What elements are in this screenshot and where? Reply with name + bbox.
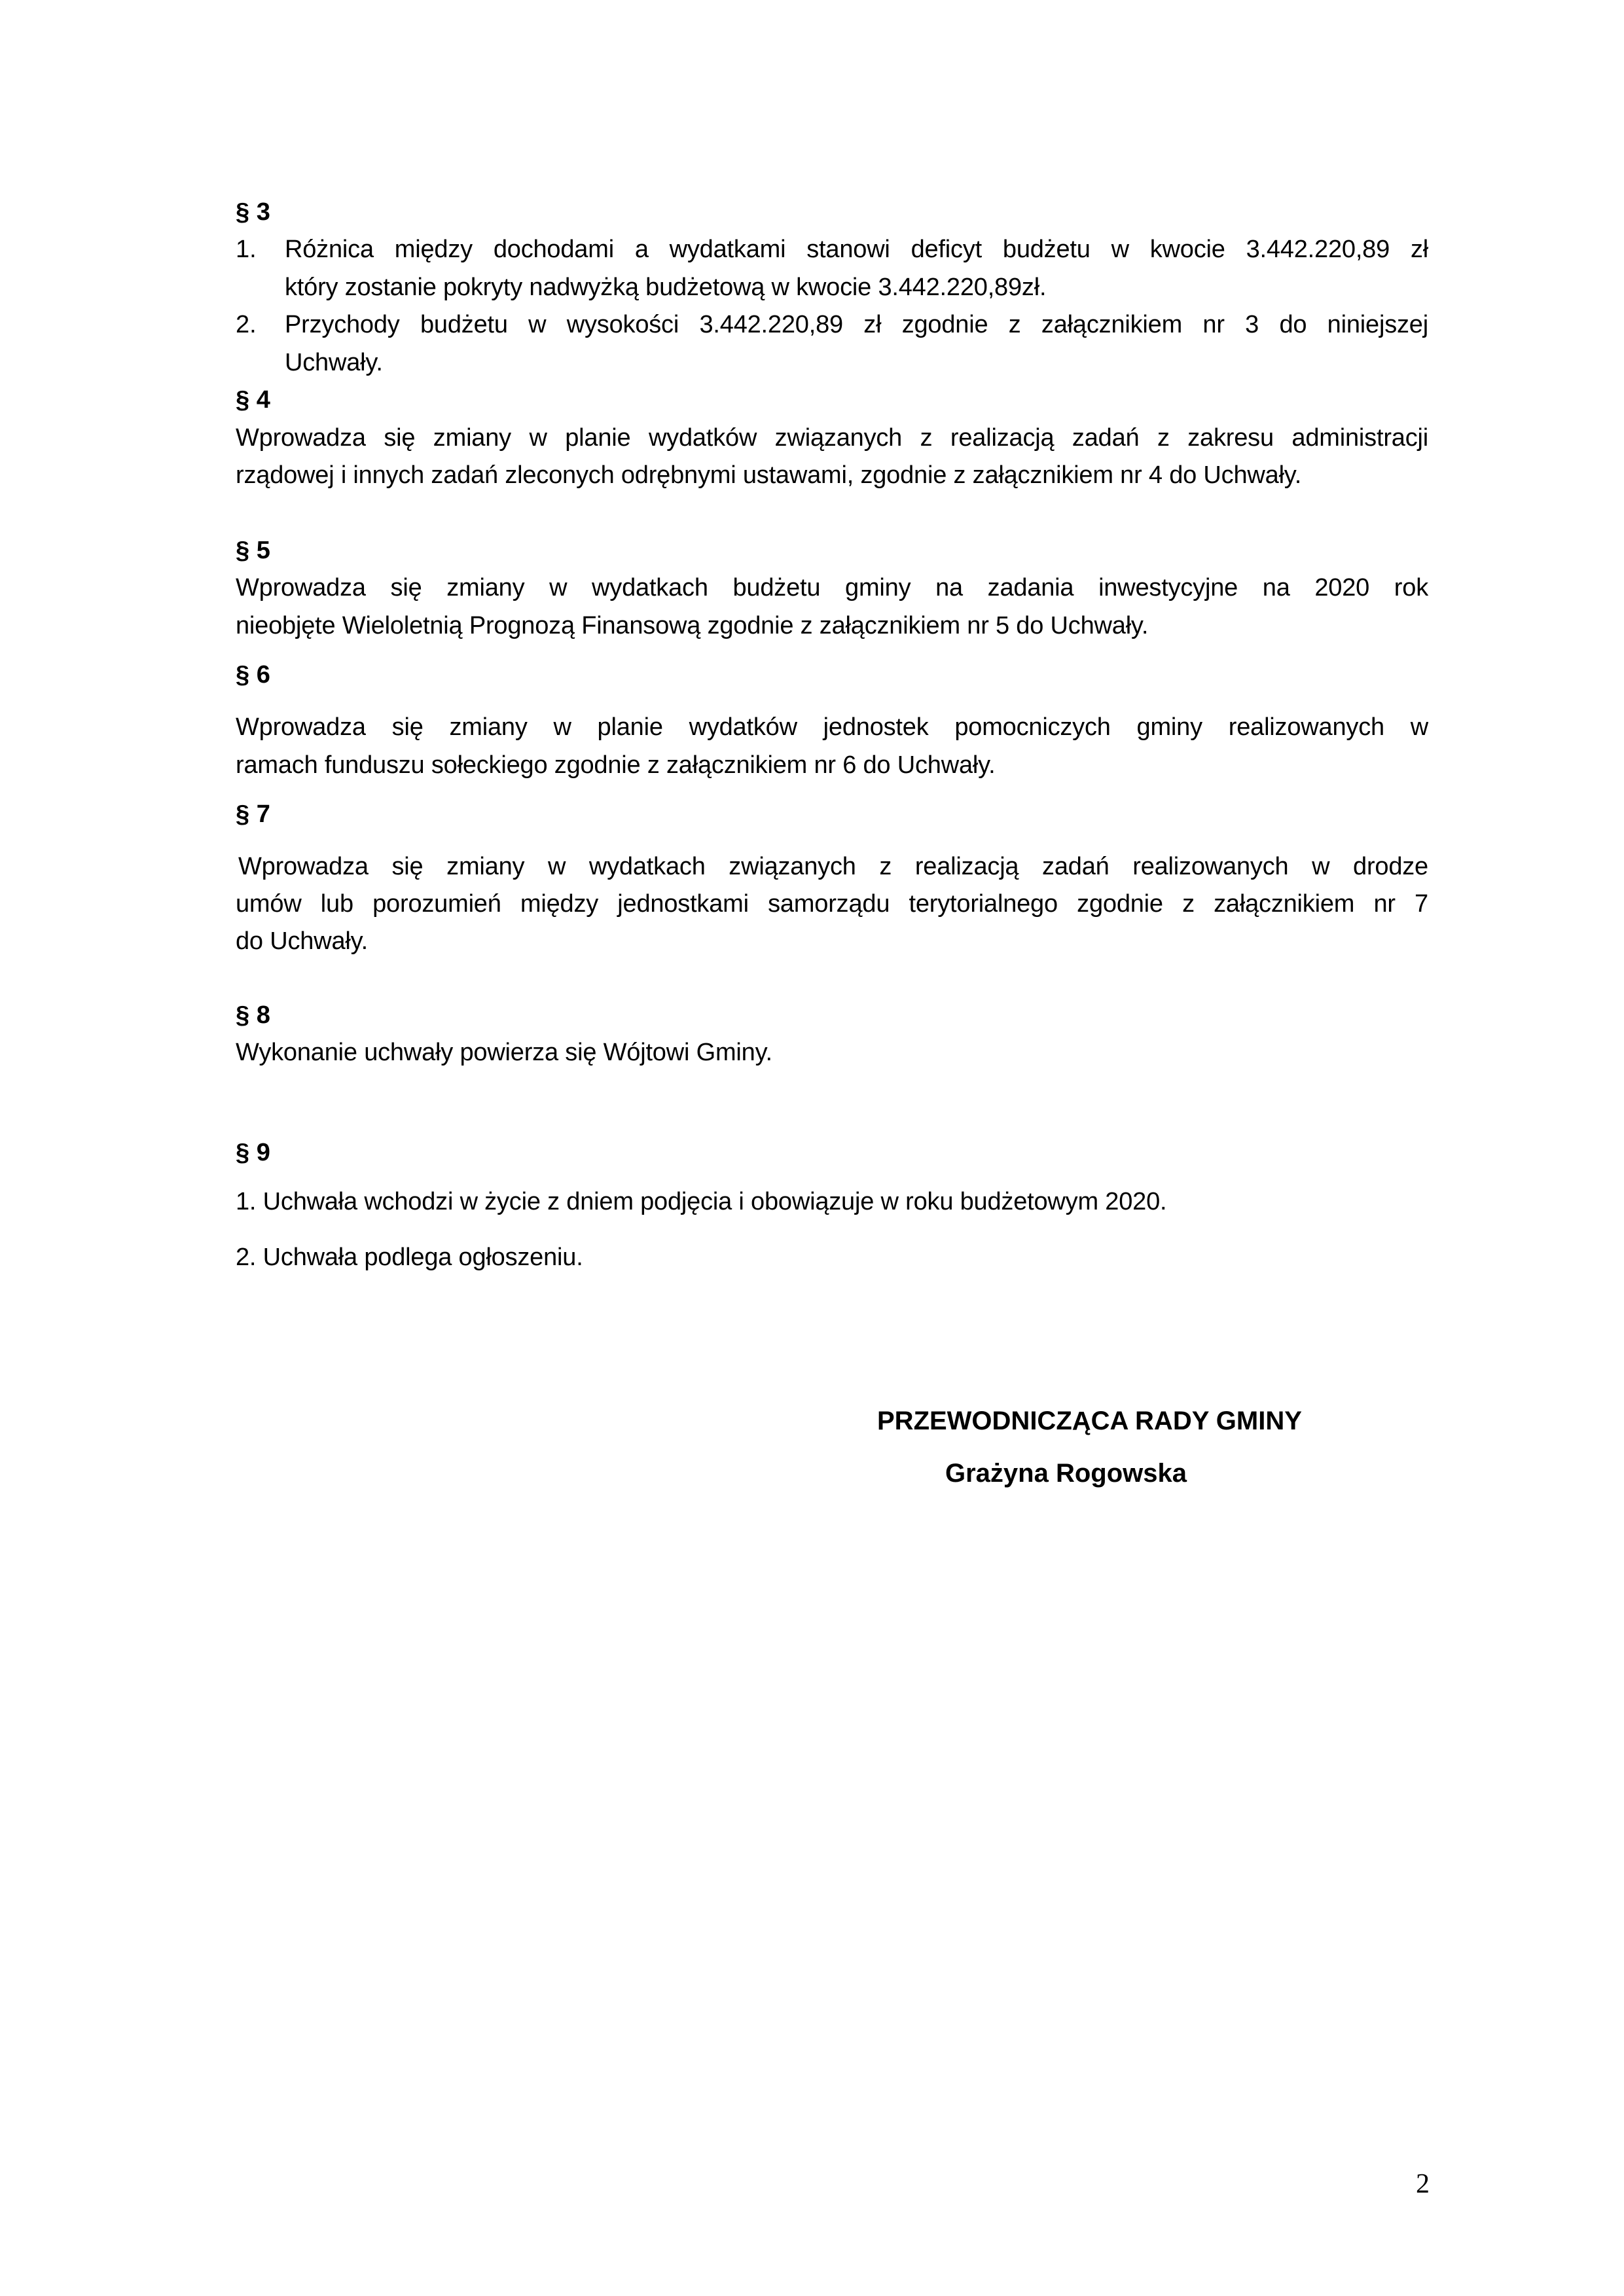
list-item: 2. Uchwała podlega ogłoszeniu.	[236, 1242, 583, 1273]
paragraph-line: Wykonanie uchwały powierza się Wójtowi G…	[236, 1037, 772, 1068]
section-heading-7: § 7	[236, 798, 270, 830]
paragraph-line: do Uchwały.	[236, 925, 368, 957]
section-heading-4: § 4	[236, 384, 270, 416]
paragraph-line: Różnica między dochodami a wydatkami sta…	[285, 234, 1428, 265]
list-item: 1. Uchwała wchodzi w życie z dniem podję…	[236, 1186, 1166, 1217]
paragraph-line: Wprowadza się zmiany w wydatkach budżetu…	[236, 572, 1428, 603]
paragraph-line: Wprowadza się zmiany w planie wydatków j…	[236, 711, 1428, 743]
section-heading-3: § 3	[236, 196, 270, 228]
section-heading-6: § 6	[236, 659, 270, 691]
paragraph-line: Wprowadza się zmiany w planie wydatków z…	[236, 422, 1428, 454]
paragraph-line: rządowej i innych zadań zleconych odrębn…	[236, 459, 1301, 491]
paragraph-line: ramach funduszu sołeckiego zgodnie z zał…	[236, 749, 995, 781]
paragraph-line: Wprowadza się zmiany w wydatkach związan…	[238, 851, 1428, 882]
paragraph-line: Przychody budżetu w wysokości 3.442.220,…	[285, 309, 1428, 340]
paragraph-line: nieobjęte Wieloletnią Prognozą Finansową…	[236, 610, 1148, 641]
section-heading-9: § 9	[236, 1137, 270, 1168]
paragraph-line: Uchwały.	[285, 347, 383, 378]
document-page: § 3 1. Różnica między dochodami a wydatk…	[0, 0, 1624, 2296]
paragraph-line: który zostanie pokryty nadwyżką budżetow…	[285, 272, 1046, 303]
section-heading-8: § 8	[236, 999, 270, 1031]
signature-name: Grażyna Rogowska	[945, 1457, 1187, 1490]
section-heading-5: § 5	[236, 535, 270, 566]
list-number: 1.	[236, 234, 257, 265]
signature-title: PRZEWODNICZĄCA RADY GMINY	[877, 1405, 1302, 1437]
paragraph-line: umów lub porozumień między jednostkami s…	[236, 888, 1428, 920]
list-number: 2.	[236, 309, 257, 340]
page-number: 2	[1416, 2168, 1430, 2200]
